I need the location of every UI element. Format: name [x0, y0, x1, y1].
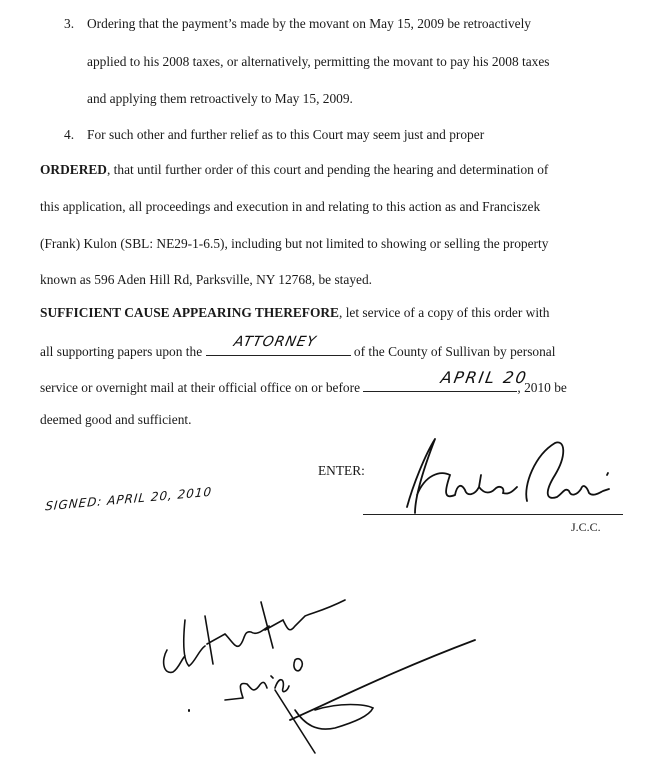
handwritten-april-20: APRIL 20 [439, 368, 529, 387]
signature-line [363, 514, 623, 515]
sufficient-cause-label: SUFFICIENT CAUSE APPEARING THEREFORE [40, 305, 339, 320]
jcc-title: J.C.C. [571, 519, 601, 535]
item-3-number: 3. [64, 16, 74, 32]
item-3-line-2: applied to his 2008 taxes, or alternativ… [87, 54, 550, 70]
sufficient-line-1: SUFFICIENT CAUSE APPEARING THEREFORE, le… [40, 305, 549, 321]
ordered-line-4: known as 596 Aden Hill Rd, Parksville, N… [40, 272, 372, 288]
sufficient-line-4: deemed good and sufficient. [40, 412, 191, 428]
handwritten-annotation [155, 590, 475, 760]
handwritten-attorney: ATTORNEY [232, 334, 318, 350]
handwritten-signed-date: SIGNED: APRIL 20, 2010 [45, 485, 213, 514]
ordered-line-3: (Frank) Kulon (SBL: NE29-1-6.5), includi… [40, 236, 548, 252]
judge-signature [395, 435, 635, 515]
ordered-line-2: this application, all proceedings and ex… [40, 199, 540, 215]
item-3-line-3: and applying them retroactively to May 1… [87, 91, 353, 107]
ordered-label: ORDERED [40, 162, 107, 177]
item-4-text: For such other and further relief as to … [87, 127, 484, 143]
enter-label: ENTER: [318, 463, 365, 479]
ordered-line-1: ORDERED, that until further order of thi… [40, 162, 548, 178]
item-3-line-1: Ordering that the payment’s made by the … [87, 16, 531, 32]
item-4-number: 4. [64, 127, 74, 143]
